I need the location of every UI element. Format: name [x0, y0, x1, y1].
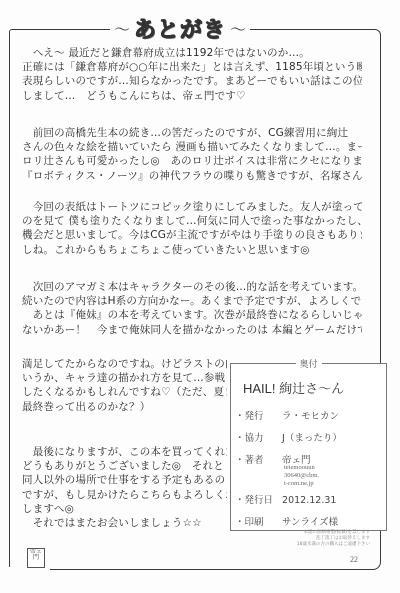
text-line: 同人以外の場所で仕事をする予定もあるの	[22, 473, 227, 487]
text-line: 今回の表紙はトートツにコピック塗りにしてみました。友人が塗っている	[22, 200, 362, 214]
text-line: 次回のアマガミ本はキャラクターのその後…的な話を考えています。最近ギャグ系が	[22, 280, 362, 294]
colophon-row-printer: ・印刷 サンライズ様	[235, 514, 338, 528]
text-line: しまして… どうもこんにちは、帝ェ門です♡	[22, 89, 362, 103]
colophon-row-date: ・発行日 2012.12.31	[235, 492, 336, 506]
fineprint-line: 18歳未満の方の購入はご遠慮下さい	[262, 542, 370, 548]
text-line: ロリ辻さんも可愛かったし◎ あのロリ辻ボイスは非常にクセになりますな。	[22, 154, 362, 168]
text-line: あとは『俺妹』の本を考えています。次巻が最終巻になるらしいじゃー	[22, 308, 362, 322]
text-line: しね。これからもちょこちょこ使っていきたいと思います◎	[22, 243, 362, 257]
contact-line: teiemoouun	[284, 464, 319, 472]
paragraph-2: 前回の高橋先生本の続き…の筈だったのですが、CG練習用に絢辻 さんの色々な絵を描…	[22, 126, 362, 183]
colophon-key: ・協力	[235, 430, 279, 444]
text-line: 機会だと思いまして。今はCGが主流ですがやはり手塗りの良さもあります	[22, 228, 362, 242]
colophon-value: サンライズ様	[282, 514, 338, 528]
text-line: ないかあー！ 今まで俺妹同人を描かなかったのは 本編とゲームだけで十分	[22, 323, 362, 337]
colophon-label: 奥付	[295, 357, 321, 370]
colophon-value: J（まったり）	[282, 430, 342, 444]
paragraph-5: 満足してたからなのですね。けどラストの内容と いうか、キャラ達の描かれ方を見て……	[22, 357, 227, 414]
text-line: したくなるかもしれんですね♡（ただ、夏までに	[22, 385, 227, 399]
text-line: 表現らしいのですが…知らなかったです。まあどーでもいい話はこの位に	[22, 74, 362, 88]
text-line: ですが、もし見かけたらこちらもよろしくお願い	[22, 488, 227, 502]
text-line: それではまたお会いしましょう☆☆	[22, 516, 227, 530]
book-title: HAIL! 絢辻さ〜ん	[243, 378, 344, 397]
title-decoration-right: 〜	[230, 17, 246, 40]
text-line: 満足してたからなのですね。けどラストの内容と	[22, 357, 227, 371]
author-contact: teiemoouun 30640@cbm. t-com.ne.jp	[284, 464, 319, 488]
paragraph-4: 次回のアマガミ本はキャラクターのその後…的な話を考えています。最近ギャグ系が 続…	[22, 280, 362, 337]
legal-fineprint: 本誌の無断複製(転載)を禁じます 乱丁落丁はお取替えします 18歳未満の方の購入…	[262, 530, 370, 548]
text-line: しますへ◎	[22, 502, 227, 516]
colophon-key: ・印刷	[235, 514, 279, 528]
text-line: 最後になりますが、この本を買ってくれた方、	[22, 445, 227, 459]
afterword-page: 〜 あとがき 〜 へえ〜 最近だと鎌倉幕府成立は1192年ではないのか…。 正確…	[0, 0, 400, 593]
contact-line: 30640@cbm.	[284, 472, 319, 480]
text-line: いうか、キャラ達の描かれ方を見て…参戦	[22, 371, 227, 385]
colophon-value: 2012.12.31	[282, 495, 336, 506]
title-decoration-left: 〜	[114, 17, 130, 40]
colophon-row-cooperation: ・協力 J（まったり）	[235, 430, 342, 444]
colophon-key: ・発行	[235, 408, 279, 422]
text-line: のを見て 僕も塗りたくなりまして…何気に同人で塗った事なかったし、いい	[22, 214, 362, 228]
colophon-value: ラ・モヒカン	[282, 408, 339, 422]
colophon-key: ・著者	[235, 452, 279, 466]
paragraph-1: へえ〜 最近だと鎌倉幕府成立は1192年ではないのか…。 正確には「鎌倉幕府が○…	[22, 46, 362, 103]
text-line: へえ〜 最近だと鎌倉幕府成立は1192年ではないのか…。	[22, 46, 362, 60]
text-line: 『ロボティクス・ノーツ』の神代フラウの喋りも驚きですが、名塚さんって凄いなあー。	[22, 169, 362, 183]
page-title: あとがき	[134, 13, 226, 44]
text-line: 前回の高橋先生本の続き…の筈だったのですが、CG練習用に絢辻	[22, 126, 362, 140]
text-line: さんの色々な絵を描いていたら 漫画も描いてみたくなりまして…。まーじゃんの	[22, 140, 362, 154]
page-number: 22	[350, 555, 358, 564]
text-line: 続いたので内容はH系の方向かなー。あくまで予定ですが、よろしくです◎	[22, 294, 362, 308]
paragraph-6: 最後になりますが、この本を買ってくれた方、 どうもありがとうございました◎ それ…	[22, 445, 227, 530]
text-line: 最終巻って出るのかな？）	[22, 400, 227, 414]
paragraph-3: 今回の表紙はトートツにコピック塗りにしてみました。友人が塗っている のを見て 僕…	[22, 200, 362, 257]
author-seal-icon: 帝ェ門	[27, 548, 45, 568]
colophon-box: 奥付 HAIL! 絢辻さ〜ん ・発行 ラ・モヒカン ・協力 J（まったり） ・著…	[230, 363, 387, 531]
contact-line: t-com.ne.jp	[284, 480, 319, 488]
colophon-key: ・発行日	[235, 492, 279, 506]
text-line: 正確には「鎌倉幕府が○○年に出来た」とは言えず、1185年頃という曖昧な	[22, 60, 362, 74]
text-line: どうもありがとうございました◎ それと	[22, 459, 227, 473]
afterword-heading: 〜 あとがき 〜	[110, 14, 250, 42]
colophon-row-publisher: ・発行 ラ・モヒカン	[235, 408, 339, 422]
